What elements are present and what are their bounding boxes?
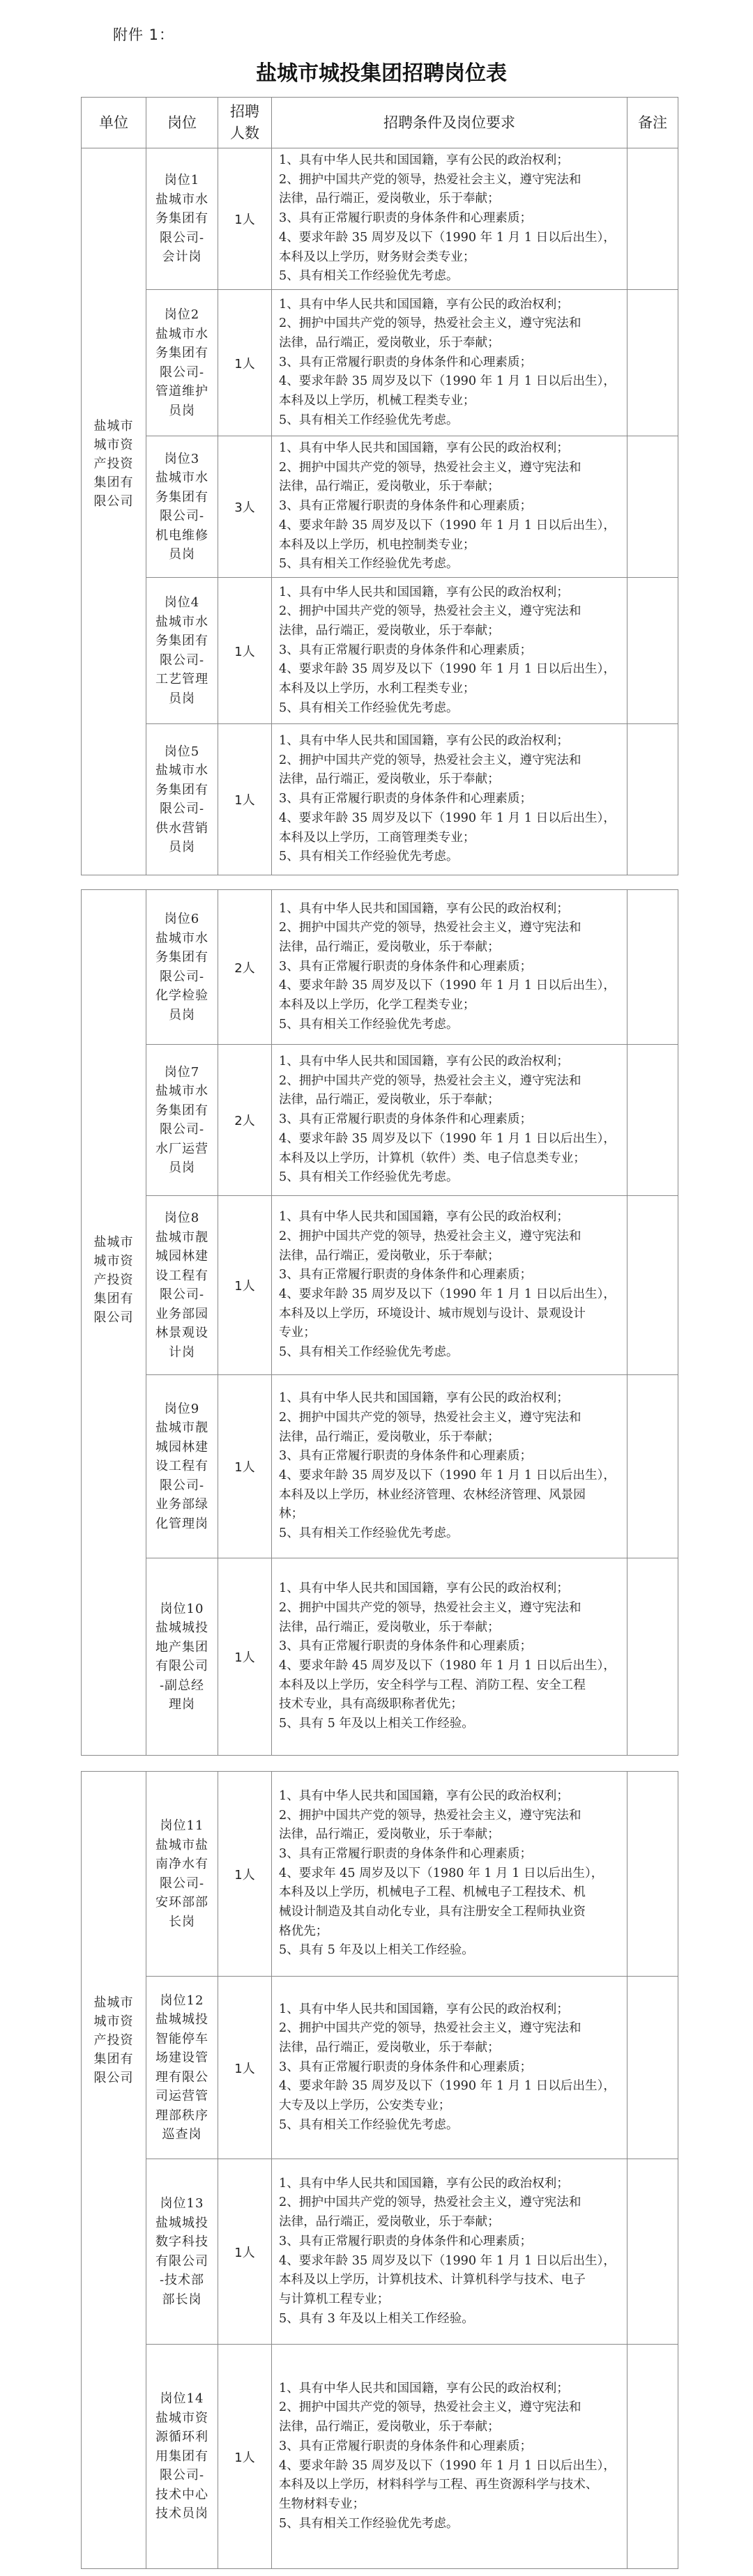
unit-cell: 盐城市 城市资 产投资 集团有 限公司 <box>82 148 146 875</box>
table-row: 岗位7盐城市水务集团有限公司-水厂运营员岗 2人 1、具有中华人民共和国国籍，享… <box>82 1045 678 1196</box>
remarks-cell <box>627 436 678 578</box>
table-header-row: 单位 岗位 招聘人数 招聘条件及岗位要求 备注 <box>82 98 678 148</box>
page-title: 盐城市城投集团招聘岗位表 <box>0 56 753 86</box>
unit-cell: 盐城市 城市资 产投资 集团有 限公司 <box>82 890 146 1756</box>
count-cell: 1人 <box>218 1558 272 1756</box>
position-cell: 岗位3盐城市水务集团有限公司-机电维修员岗 <box>146 436 218 578</box>
table-row: 盐城市 城市资 产投资 集团有 限公司 岗位11盐城市盐南净水有限公司-安环部部… <box>82 1772 678 1977</box>
header-count-line1: 招聘 <box>218 101 271 123</box>
remarks-cell <box>627 290 678 436</box>
recruitment-table-1: 单位 岗位 招聘人数 招聘条件及岗位要求 备注 盐城市 城市资 产投资 集团有 … <box>81 97 678 875</box>
table-row: 岗位9盐城市靓城园林建设工程有限公司-业务部绿化管理岗 1人 1、具有中华人民共… <box>82 1375 678 1558</box>
unit-name: 盐城市 城市资 产投资 集团有 限公司 <box>82 1233 146 1327</box>
position-cell: 岗位12盐城城投智能停车场建设管理有限公司运营管理部秩序巡查岗 <box>146 1977 218 2159</box>
remarks-cell <box>627 1375 678 1558</box>
remarks-cell <box>627 2159 678 2345</box>
requirements-cell: 1、具有中华人民共和国国籍，享有公民的政治权利；2、拥护中国共产党的领导，热爱社… <box>272 1772 627 1977</box>
header-count-line2: 人数 <box>218 123 271 144</box>
position-cell: 岗位1盐城市水务集团有限公司-会计岗 <box>146 148 218 290</box>
count-cell: 2人 <box>218 1045 272 1196</box>
remarks-cell <box>627 724 678 875</box>
count-cell: 1人 <box>218 1772 272 1977</box>
table-row: 盐城市 城市资 产投资 集团有 限公司 岗位6盐城市水务集团有限公司-化学检验员… <box>82 890 678 1045</box>
requirements-cell: 1、具有中华人民共和国国籍，享有公民的政治权利；2、拥护中国共产党的领导，热爱社… <box>272 1045 627 1196</box>
count-cell: 1人 <box>218 2159 272 2345</box>
requirements-cell: 1、具有中华人民共和国国籍，享有公民的政治权利；2、拥护中国共产党的领导，热爱社… <box>272 148 627 290</box>
position-cell: 岗位8盐城市靓城园林建设工程有限公司-业务部园林景观设计岗 <box>146 1196 218 1375</box>
count-cell: 1人 <box>218 1977 272 2159</box>
table-row: 岗位5盐城市水务集团有限公司-供水营销员岗 1人 1、具有中华人民共和国国籍，享… <box>82 724 678 875</box>
header-remarks: 备注 <box>627 98 678 148</box>
requirements-cell: 1、具有中华人民共和国国籍，享有公民的政治权利；2、拥护中国共产党的领导，热爱社… <box>272 724 627 875</box>
table-row: 岗位12盐城城投智能停车场建设管理有限公司运营管理部秩序巡查岗 1人 1、具有中… <box>82 1977 678 2159</box>
position-cell: 岗位6盐城市水务集团有限公司-化学检验员岗 <box>146 890 218 1045</box>
requirements-cell: 1、具有中华人民共和国国籍，享有公民的政治权利；2、拥护中国共产党的领导，热爱社… <box>272 578 627 724</box>
remarks-cell <box>627 578 678 724</box>
table-row: 盐城市 城市资 产投资 集团有 限公司 岗位1盐城市水务集团有限公司-会计岗 1… <box>82 148 678 290</box>
count-cell: 1人 <box>218 148 272 290</box>
position-cell: 岗位4盐城市水务集团有限公司-工艺管理员岗 <box>146 578 218 724</box>
position-cell: 岗位11盐城市盐南净水有限公司-安环部部长岗 <box>146 1772 218 1977</box>
header-unit: 单位 <box>82 98 146 148</box>
position-cell: 岗位14盐城市资源循环利用集团有限公司-技术中心技术员岗 <box>146 2345 218 2569</box>
remarks-cell <box>627 148 678 290</box>
count-cell: 1人 <box>218 578 272 724</box>
requirements-cell: 1、具有中华人民共和国国籍，享有公民的政治权利；2、拥护中国共产党的领导，热爱社… <box>272 2159 627 2345</box>
count-cell: 1人 <box>218 2345 272 2569</box>
position-cell: 岗位2盐城市水务集团有限公司-管道维护员岗 <box>146 290 218 436</box>
remarks-cell <box>627 890 678 1045</box>
position-cell: 岗位10盐城城投地产集团有限公司-副总经理岗 <box>146 1558 218 1756</box>
unit-name: 盐城市 城市资 产投资 集团有 限公司 <box>82 417 146 511</box>
count-cell: 1人 <box>218 290 272 436</box>
remarks-cell <box>627 1045 678 1196</box>
count-cell: 1人 <box>218 724 272 875</box>
remarks-cell <box>627 1977 678 2159</box>
position-cell: 岗位9盐城市靓城园林建设工程有限公司-业务部绿化管理岗 <box>146 1375 218 1558</box>
requirements-cell: 1、具有中华人民共和国国籍，享有公民的政治权利；2、拥护中国共产党的领导，热爱社… <box>272 1558 627 1756</box>
header-count: 招聘人数 <box>218 98 272 148</box>
requirements-cell: 1、具有中华人民共和国国籍，享有公民的政治权利；2、拥护中国共产党的领导，热爱社… <box>272 1977 627 2159</box>
position-cell: 岗位7盐城市水务集团有限公司-水厂运营员岗 <box>146 1045 218 1196</box>
table-row: 岗位10盐城城投地产集团有限公司-副总经理岗 1人 1、具有中华人民共和国国籍，… <box>82 1558 678 1756</box>
count-cell: 2人 <box>218 890 272 1045</box>
recruitment-table-3: 盐城市 城市资 产投资 集团有 限公司 岗位11盐城市盐南净水有限公司-安环部部… <box>81 1771 678 2569</box>
table-row: 岗位3盐城市水务集团有限公司-机电维修员岗 3人 1、具有中华人民共和国国籍，享… <box>82 436 678 578</box>
count-cell: 1人 <box>218 1375 272 1558</box>
position-cell: 岗位5盐城市水务集团有限公司-供水营销员岗 <box>146 724 218 875</box>
requirements-cell: 1、具有中华人民共和国国籍，享有公民的政治权利；2、拥护中国共产党的领导，热爱社… <box>272 1375 627 1558</box>
attachment-label: 附件 1： <box>113 24 174 45</box>
requirements-cell: 1、具有中华人民共和国国籍，享有公民的政治权利；2、拥护中国共产党的领导，热爱社… <box>272 1196 627 1375</box>
remarks-cell <box>627 1558 678 1756</box>
requirements-cell: 1、具有中华人民共和国国籍，享有公民的政治权利；2、拥护中国共产党的领导，热爱社… <box>272 290 627 436</box>
requirements-cell: 1、具有中华人民共和国国籍，享有公民的政治权利；2、拥护中国共产党的领导，热爱社… <box>272 436 627 578</box>
remarks-cell <box>627 1772 678 1977</box>
header-requirements: 招聘条件及岗位要求 <box>272 98 627 148</box>
remarks-cell <box>627 1196 678 1375</box>
recruitment-table-2: 盐城市 城市资 产投资 集团有 限公司 岗位6盐城市水务集团有限公司-化学检验员… <box>81 889 678 1756</box>
count-cell: 1人 <box>218 1196 272 1375</box>
table-row: 岗位8盐城市靓城园林建设工程有限公司-业务部园林景观设计岗 1人 1、具有中华人… <box>82 1196 678 1375</box>
requirements-cell: 1、具有中华人民共和国国籍，享有公民的政治权利；2、拥护中国共产党的领导，热爱社… <box>272 890 627 1045</box>
table-row: 岗位14盐城市资源循环利用集团有限公司-技术中心技术员岗 1人 1、具有中华人民… <box>82 2345 678 2569</box>
count-cell: 3人 <box>218 436 272 578</box>
remarks-cell <box>627 2345 678 2569</box>
table-row: 岗位13盐城城投数字科技有限公司-技术部部长岗 1人 1、具有中华人民共和国国籍… <box>82 2159 678 2345</box>
position-cell: 岗位13盐城城投数字科技有限公司-技术部部长岗 <box>146 2159 218 2345</box>
header-position: 岗位 <box>146 98 218 148</box>
requirements-cell: 1、具有中华人民共和国国籍，享有公民的政治权利；2、拥护中国共产党的领导，热爱社… <box>272 2345 627 2569</box>
unit-cell: 盐城市 城市资 产投资 集团有 限公司 <box>82 1772 146 2569</box>
table-row: 岗位2盐城市水务集团有限公司-管道维护员岗 1人 1、具有中华人民共和国国籍，享… <box>82 290 678 436</box>
table-row: 岗位4盐城市水务集团有限公司-工艺管理员岗 1人 1、具有中华人民共和国国籍，享… <box>82 578 678 724</box>
unit-name: 盐城市 城市资 产投资 集团有 限公司 <box>82 1993 146 2087</box>
